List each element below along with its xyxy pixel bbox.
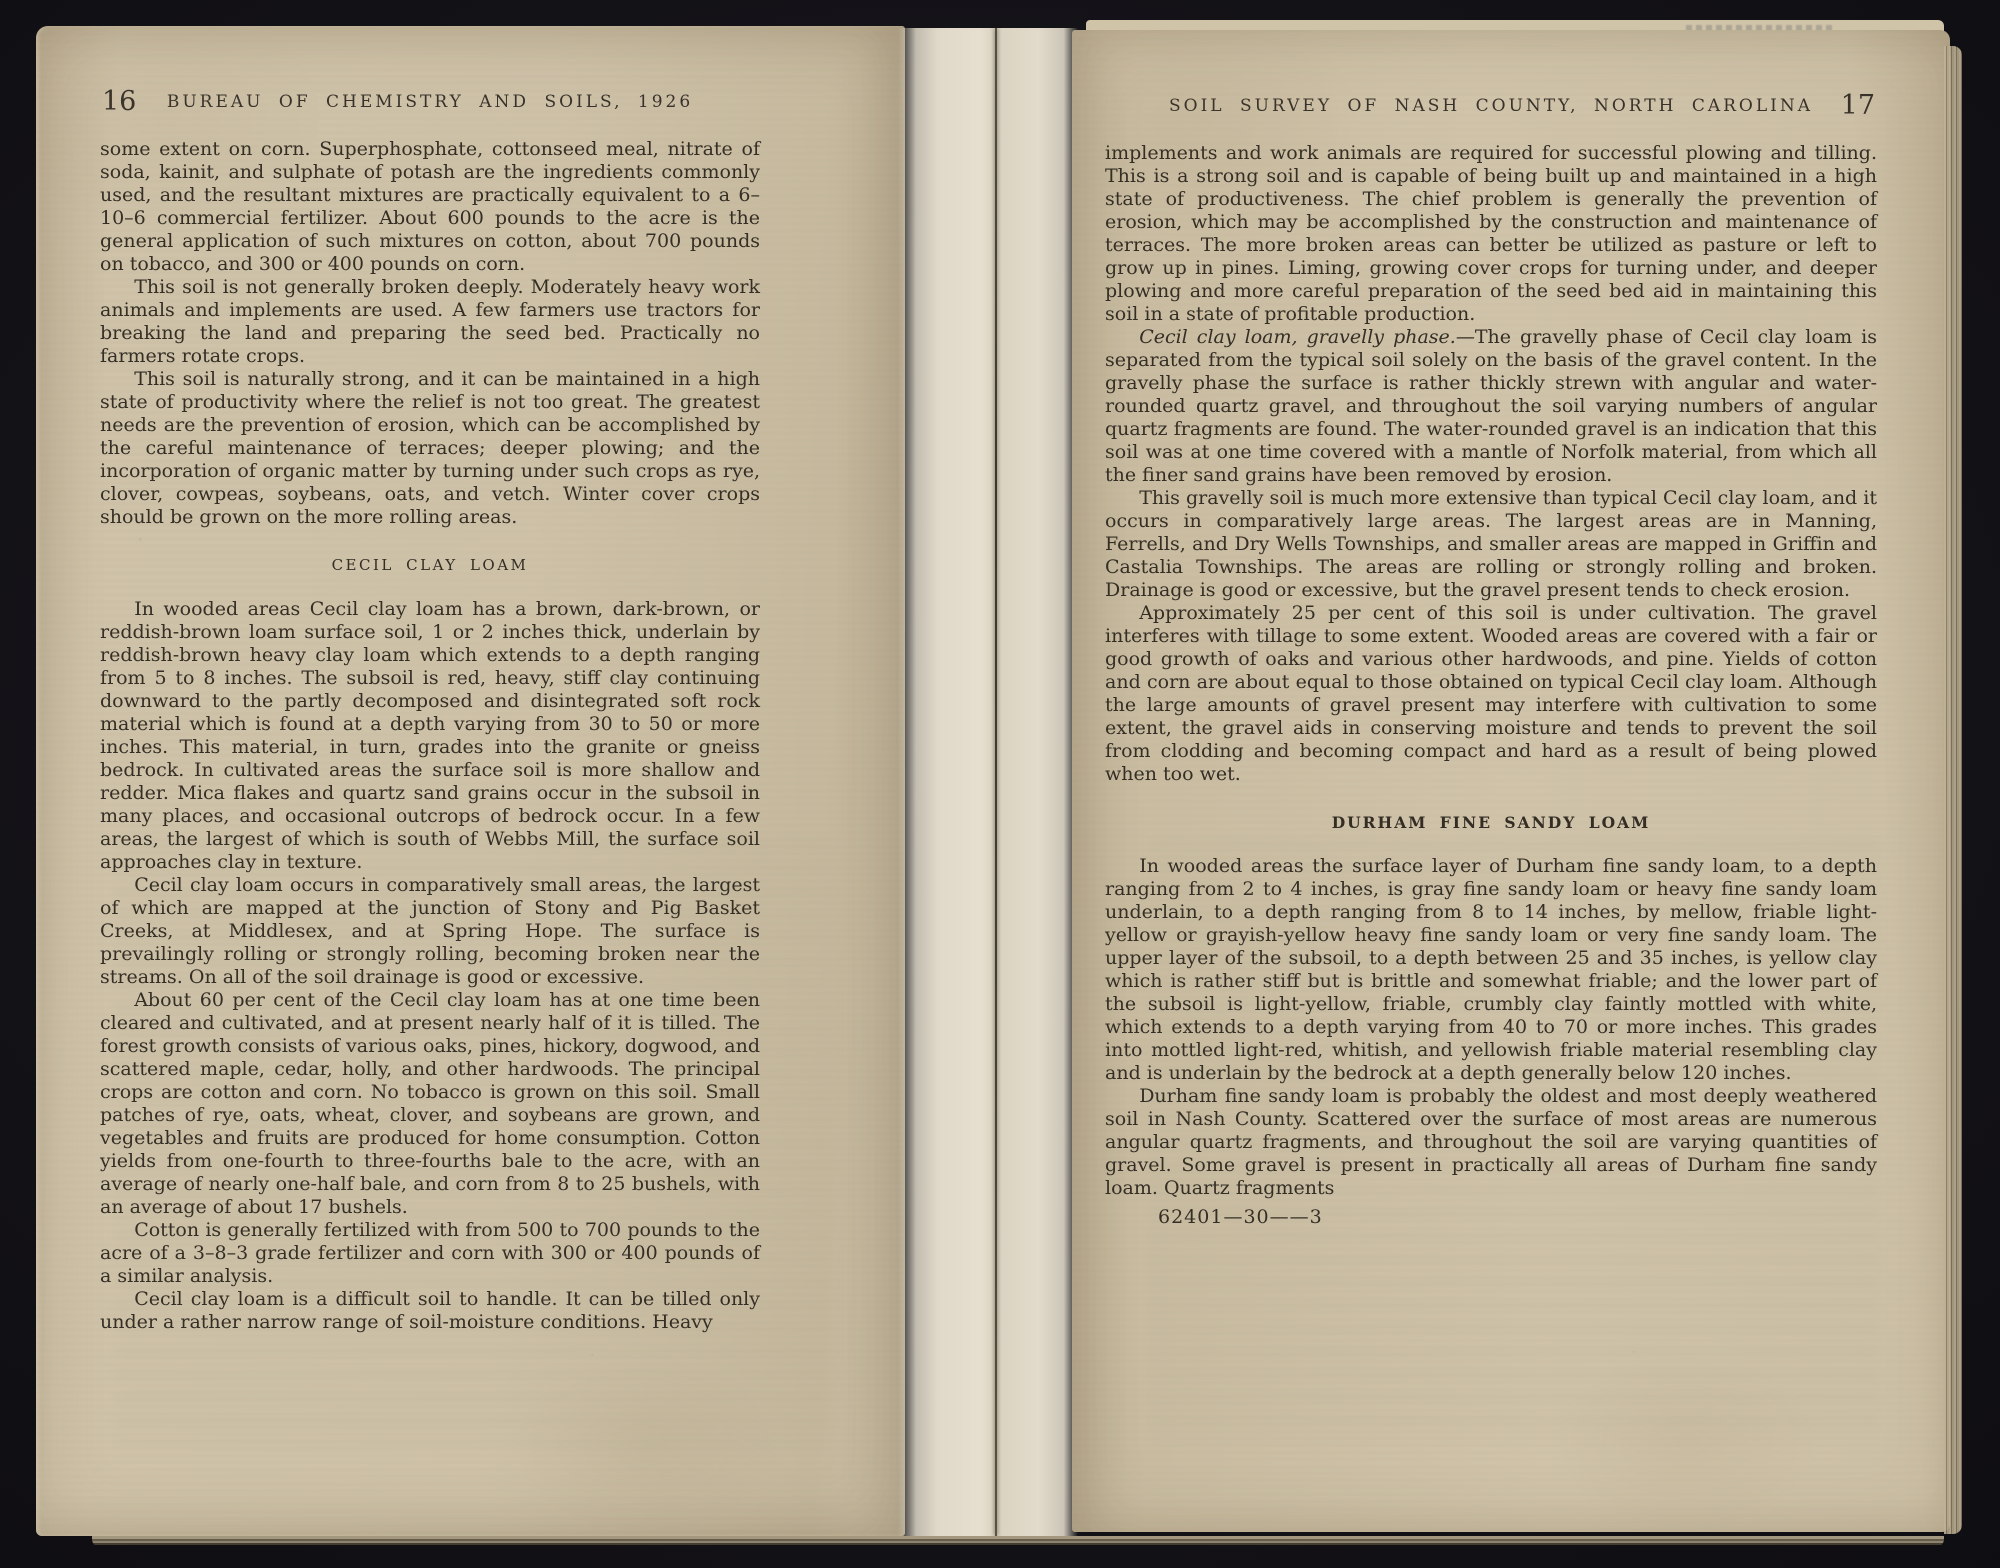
right-page: SOIL SURVEY OF NASH COUNTY, NORTH CAROLI… [1072, 30, 1950, 1532]
binding-crease [995, 28, 997, 1536]
left-page: 16 BUREAU OF CHEMISTRY AND SOILS, 1926 s… [36, 26, 905, 1536]
right-page-number: 17 [1841, 90, 1875, 121]
para-cecil-handling: Cecil clay loam is a difficult soil to h… [100, 1288, 760, 1334]
para-gravelly-phase: Cecil clay loam, gravelly phase.—The gra… [1105, 326, 1877, 487]
left-page-text-block: some extent on corn. Superphosphate, cot… [100, 138, 760, 1334]
para-cotton-fertilizer: Cotton is generally fertilized with from… [100, 1219, 760, 1288]
section-heading-cecil-clay-loam: CECIL CLAY LOAM [100, 554, 760, 577]
page-edge-stack-bottom [92, 1536, 1944, 1547]
para-erosion-management: implements and work animals are required… [1105, 142, 1877, 326]
para-cecil-cultivation: About 60 per cent of the Cecil clay loam… [100, 989, 760, 1219]
left-running-head: BUREAU OF CHEMISTRY AND SOILS, 1926 [167, 92, 693, 112]
binding-gutter [898, 28, 1078, 1536]
para-gravelly-extent: This gravelly soil is much more extensiv… [1105, 487, 1877, 602]
para-durham-description: In wooded areas the surface layer of Dur… [1105, 855, 1877, 1085]
para-plowing-practices: This soil is not generally broken deeply… [100, 276, 760, 368]
right-running-head: SOIL SURVEY OF NASH COUNTY, NORTH CAROLI… [1169, 96, 1813, 116]
para-soil-strength: This soil is naturally strong, and it ca… [100, 368, 760, 529]
para-cecil-description: In wooded areas Cecil clay loam has a br… [100, 598, 760, 874]
gravelly-phase-body: The gravelly phase of Cecil clay loam is… [1105, 326, 1877, 486]
right-page-text-block: implements and work animals are required… [1105, 142, 1877, 1229]
para-durham-weathering: Durham fine sandy loam is probably the o… [1105, 1085, 1877, 1200]
page-edge-stack-right [1944, 46, 1962, 1534]
right-page-header: SOIL SURVEY OF NASH COUNTY, NORTH CAROLI… [1105, 96, 1877, 116]
para-cecil-areas: Cecil clay loam occurs in comparatively … [100, 874, 760, 989]
left-page-header: 16 BUREAU OF CHEMISTRY AND SOILS, 1926 [100, 92, 760, 112]
para-gravelly-cultivation: Approximately 25 per cent of this soil i… [1105, 602, 1877, 786]
print-signature-mark: 62401—30——3 [1158, 1206, 1877, 1229]
section-heading-durham-fine-sandy-loam: DURHAM FINE SANDY LOAM [1105, 811, 1877, 834]
gravelly-phase-title: Cecil clay loam, gravelly phase.— [1139, 326, 1475, 348]
para-fertilizer-ingredients: some extent on corn. Superphosphate, cot… [100, 138, 760, 276]
left-page-number: 16 [102, 86, 136, 117]
